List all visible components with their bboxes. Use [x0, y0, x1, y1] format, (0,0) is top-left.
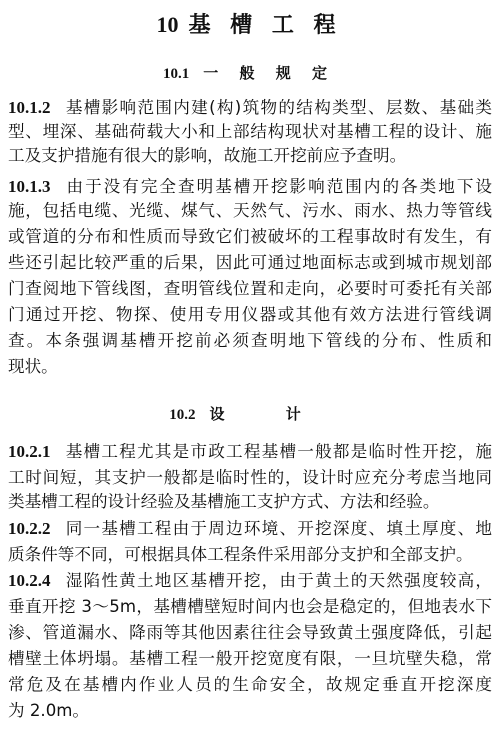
clause-text: 湿陷性黄土地区基槽开挖，由于黄土的天然强度较高，: [65, 571, 493, 590]
clause-10-1-2-line-1: 10.1.2基槽影响范围内建(构)筑物的结构类型、层数、基础类: [8, 96, 492, 120]
document-page: 10基 槽 工 程 10.1一 般 规 定 10.1.2基槽影响范围内建(构)筑…: [0, 0, 498, 730]
clause-number: 10.1.2: [8, 98, 51, 117]
section-number: 10.2: [169, 407, 195, 423]
clause-10-2-4-line-1: 10.2.4湿陷性黄土地区基槽开挖，由于黄土的天然强度较高，: [8, 569, 492, 593]
clause-10-2-1-line-3: 类基槽工程的设计经验及基槽施工支护方式、方法和经验。: [8, 490, 492, 514]
chapter-number: 10: [157, 12, 179, 37]
clause-10-2-2-line-2: 质条件等不同，可根据具体工程条件采用部分支护和全部支护。: [8, 543, 492, 567]
clause-10-2-1-line-1: 10.2.1基槽工程尤其是市政工程基槽一般都是临时性开挖，施: [8, 440, 492, 464]
chapter-title: 10基 槽 工 程: [0, 8, 498, 39]
clause-10-1-3-line-5: 门查阅地下管线图，查明管线位置和走向，必要时可委托有关部: [8, 277, 492, 301]
clause-10-2-2-line-1: 10.2.2同一基槽工程由于周边环境、开挖深度、填土厚度、地: [8, 517, 492, 541]
chapter-title-text: 基 槽 工 程: [189, 13, 342, 38]
clause-number: 10.1.3: [8, 177, 51, 196]
section-title-text: 设 计: [210, 405, 329, 423]
clause-10-1-3-line-8: 现状。: [8, 355, 492, 379]
clause-10-1-3-line-7: 查。本条强调基槽开挖前必须查明地下管线的分布、性质和: [8, 329, 492, 353]
clause-text: 基槽影响范围内建(构)筑物的结构类型、层数、基础类: [65, 98, 493, 117]
section-title-text: 一 般 规 定: [203, 64, 335, 82]
clause-10-2-4-line-2: 垂直开挖 3～5m，基槽槽壁短时间内也会是稳定的，但地表水下: [8, 595, 492, 619]
section-number: 10.1: [163, 66, 189, 82]
clause-10-2-4-line-4: 槽壁土体坍塌。基槽工程一般开挖宽度有限，一旦坑壁失稳，常: [8, 647, 492, 671]
clause-text: 由于没有完全查明基槽开挖影响范围内的各类地下设: [65, 177, 493, 196]
section-title-10-1: 10.1一 般 规 定: [0, 62, 498, 83]
clause-number: 10.2.2: [8, 519, 51, 538]
clause-text: 基槽工程尤其是市政工程基槽一般都是临时性开挖，施: [65, 442, 493, 461]
clause-10-2-1-line-2: 工时间短，其支护一般都是临时性的，设计时应充分考虑当地同: [8, 466, 492, 490]
clause-10-1-3-line-3: 或管道的分布和性质而导致它们被破坏的工程事故时有发生，有: [8, 225, 492, 249]
clause-10-1-3-line-4: 些还引起比较严重的后果，因此可通过地面标志或到城市规划部: [8, 251, 492, 275]
clause-10-2-4-line-3: 渗、管道漏水、降雨等其他因素往往会导致黄土强度降低，引起: [8, 621, 492, 645]
clause-10-1-2-line-3: 工及支护措施有很大的影响，故施工开挖前应予查明。: [8, 144, 492, 168]
clause-number: 10.2.1: [8, 442, 51, 461]
clause-text: 同一基槽工程由于周边环境、开挖深度、填土厚度、地: [65, 519, 493, 538]
clause-10-1-2-line-2: 型、埋深、基础荷载大小和上部结构现状对基槽工程的设计、施: [8, 120, 492, 144]
clause-number: 10.2.4: [8, 571, 51, 590]
section-title-10-2: 10.2设 计: [0, 403, 498, 424]
clause-10-2-4-line-6: 为 2.0m。: [8, 699, 492, 723]
clause-10-1-3-line-6: 门通过开挖、物探、使用专用仪器或其他有效方法进行管线调: [8, 303, 492, 327]
clause-10-1-3-line-2: 施，包括电缆、光缆、煤气、天然气、污水、雨水、热力等管线: [8, 199, 492, 223]
clause-10-2-4-line-5: 常危及在基槽内作业人员的生命安全，故规定垂直开挖深度: [8, 673, 492, 697]
clause-10-1-3-line-1: 10.1.3由于没有完全查明基槽开挖影响范围内的各类地下设: [8, 175, 492, 199]
